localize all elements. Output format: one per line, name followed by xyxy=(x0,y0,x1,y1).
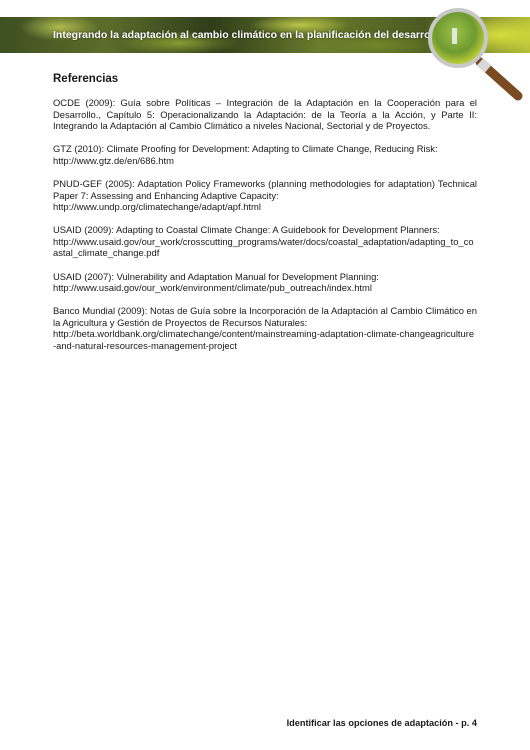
reference-item: USAID (2009): Adapting to Coastal Climat… xyxy=(53,224,477,259)
reference-item: PNUD-GEF (2005): Adaptation Policy Frame… xyxy=(53,178,477,213)
section-heading: Referencias xyxy=(53,73,118,85)
reference-text: OCDE (2009): Guía sobre Políticas – Inte… xyxy=(53,97,477,131)
reference-item: OCDE (2009): Guía sobre Políticas – Inte… xyxy=(53,97,477,132)
reference-text: USAID (2007): Vulnerability and Adaptati… xyxy=(53,271,379,282)
reference-link[interactable]: http://www.usaid.gov/our_work/environmen… xyxy=(53,282,477,294)
reference-item: Banco Mundial (2009): Notas de Guía sobr… xyxy=(53,305,477,351)
reference-link[interactable]: http://www.undp.org/climatechange/adapt/… xyxy=(53,201,477,213)
reference-text: GTZ (2010): Climate Proofing for Develop… xyxy=(53,143,438,154)
page-footer: Identificar las opciones de adaptación -… xyxy=(287,718,477,728)
reference-link[interactable]: http://beta.worldbank.org/climatechange/… xyxy=(53,328,477,351)
reference-text: Banco Mundial (2009): Notas de Guía sobr… xyxy=(53,305,477,328)
reference-item: GTZ (2010): Climate Proofing for Develop… xyxy=(53,143,477,166)
reference-link[interactable]: http://www.gtz.de/en/686.htm xyxy=(53,155,477,167)
header-title: Integrando la adaptación al cambio climá… xyxy=(53,29,443,41)
reference-text: PNUD-GEF (2005): Adaptation Policy Frame… xyxy=(53,178,477,201)
magnifying-glass-icon xyxy=(418,2,528,102)
reference-list: OCDE (2009): Guía sobre Políticas – Inte… xyxy=(53,97,477,363)
reference-item: USAID (2007): Vulnerability and Adaptati… xyxy=(53,271,477,294)
reference-text: USAID (2009): Adapting to Coastal Climat… xyxy=(53,224,440,235)
reference-link[interactable]: http://www.usaid.gov/our_work/crosscutti… xyxy=(53,236,477,259)
